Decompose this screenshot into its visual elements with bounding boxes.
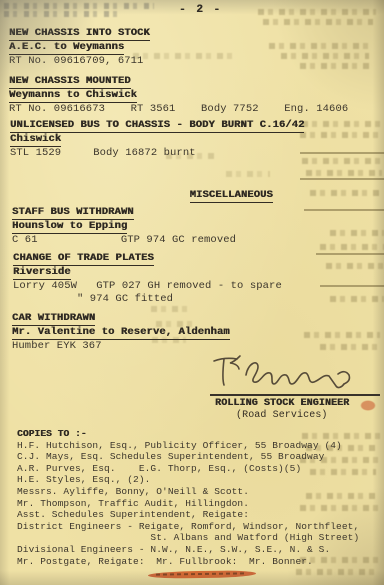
section-heading: STAFF BUS WITHDRAWN bbox=[12, 206, 134, 220]
bleed-artifact bbox=[281, 53, 369, 59]
copies-entry: Asst. Schedules Superintendent, Reigate: bbox=[17, 509, 359, 521]
section-subheading: Chiswick bbox=[10, 133, 61, 147]
copies-entry: Divisional Engineers - N.W., N.E., S.W.,… bbox=[17, 544, 359, 556]
section-line: Lorry 405W GTP 027 GH removed - to spare bbox=[13, 280, 282, 293]
section-change-of-trade-plates: CHANGE OF TRADE PLATES Riverside Lorry 4… bbox=[13, 252, 282, 306]
section-line: RT No. 09616673 RT 3561 Body 7752 Eng. 1… bbox=[9, 103, 348, 116]
section-subheading: Riverside bbox=[13, 266, 71, 280]
page-number: - 2 - bbox=[179, 4, 222, 16]
bleed-artifact bbox=[304, 209, 384, 211]
signatory-subtitle: (Road Services) bbox=[236, 409, 328, 422]
section-subheading: Mr. Valentine to Reserve, Aldenham bbox=[12, 326, 230, 340]
bleed-artifact bbox=[330, 296, 384, 302]
copies-entry: Messrs. Ayliffe, Bonny, O'Neill & Scott. bbox=[17, 486, 359, 498]
copies-label: COPIES TO :- bbox=[17, 428, 359, 440]
section-line: RT No. 09616709, 6711 bbox=[9, 55, 150, 68]
copies-entry: St. Albans and Watford (High Street) bbox=[17, 532, 359, 544]
copies-entry: C.J. Mays, Esq. Schedules Superintendent… bbox=[17, 451, 359, 463]
bleed-artifact bbox=[269, 43, 369, 49]
copies-entry: Mr. Postgate, Reigate: Mr. Fullbrook: Mr… bbox=[17, 556, 359, 568]
bleed-artifact bbox=[316, 253, 384, 255]
bleed-artifact bbox=[320, 285, 384, 287]
section-subheading: Weymanns to Chiswick bbox=[9, 89, 137, 103]
red-annotation-mark bbox=[148, 570, 256, 579]
section-car-withdrawn: CAR WITHDRAWN Mr. Valentine to Reserve, … bbox=[12, 312, 230, 353]
section-staff-bus-withdrawn: STAFF BUS WITHDRAWN Hounslow to Epping C… bbox=[12, 206, 236, 247]
orange-smudge bbox=[360, 400, 376, 411]
bleed-artifact bbox=[4, 3, 154, 9]
bleed-artifact bbox=[306, 170, 382, 176]
copies-entry: District Engineers - Reigate, Romford, W… bbox=[17, 521, 359, 533]
section-line: STL 1529 Body 16872 burnt bbox=[10, 147, 304, 160]
scanned-document-page: - 2 - NEW CHASSIS INTO STOCK A.E.C. to W… bbox=[0, 0, 384, 585]
section-new-chassis-into-stock: NEW CHASSIS INTO STOCK A.E.C. to Weymann… bbox=[9, 27, 150, 68]
section-subheading: A.E.C. to Weymanns bbox=[9, 41, 124, 55]
bleed-artifact bbox=[258, 9, 376, 15]
section-line: C 61 GTP 974 GC removed bbox=[12, 234, 236, 247]
copies-entry: A.R. Purves, Esq. E.G. Thorp, Esq., (Cos… bbox=[17, 463, 359, 475]
bleed-artifact bbox=[320, 244, 384, 250]
bleed-artifact bbox=[300, 178, 384, 180]
bleed-artifact bbox=[304, 332, 380, 338]
section-heading: CHANGE OF TRADE PLATES bbox=[13, 252, 154, 266]
bleed-artifact bbox=[326, 263, 384, 269]
bleed-artifact bbox=[302, 158, 382, 164]
bleed-artifact bbox=[330, 230, 384, 236]
bleed-artifact bbox=[300, 152, 384, 154]
section-subheading: Hounslow to Epping bbox=[12, 220, 127, 234]
section-line: " 974 GC fitted bbox=[13, 293, 282, 306]
section-line: Humber EYK 367 bbox=[12, 340, 230, 353]
copies-to-block: COPIES TO :- H.F. Hutchison, Esq., Publi… bbox=[17, 428, 359, 567]
copies-entry: H.E. Styles, Esq., (2). bbox=[17, 474, 359, 486]
bleed-artifact bbox=[300, 132, 380, 138]
section-unlicensed-bus: UNLICENSED BUS TO CHASSIS - BODY BURNT C… bbox=[10, 119, 304, 160]
section-heading: UNLICENSED BUS TO CHASSIS - BODY BURNT C… bbox=[10, 119, 304, 133]
bleed-artifact bbox=[263, 19, 373, 25]
bleed-artifact bbox=[302, 121, 380, 127]
handwritten-signature bbox=[210, 350, 360, 396]
bleed-artifact bbox=[296, 569, 380, 575]
copies-entry: H.F. Hutchison, Esq., Publicity Officer,… bbox=[17, 440, 359, 452]
section-heading: NEW CHASSIS INTO STOCK bbox=[9, 27, 150, 41]
bleed-artifact bbox=[310, 190, 380, 196]
section-heading: CAR WITHDRAWN bbox=[12, 312, 95, 326]
signature-rule bbox=[210, 394, 380, 396]
section-heading: NEW CHASSIS MOUNTED bbox=[9, 75, 131, 89]
bleed-artifact bbox=[4, 11, 122, 17]
section-new-chassis-mounted: NEW CHASSIS MOUNTED Weymanns to Chiswick… bbox=[9, 75, 348, 116]
copies-entry: Mr. Thompson, Traffic Audit, Hillingdon. bbox=[17, 498, 359, 510]
bleed-artifact bbox=[300, 63, 370, 69]
